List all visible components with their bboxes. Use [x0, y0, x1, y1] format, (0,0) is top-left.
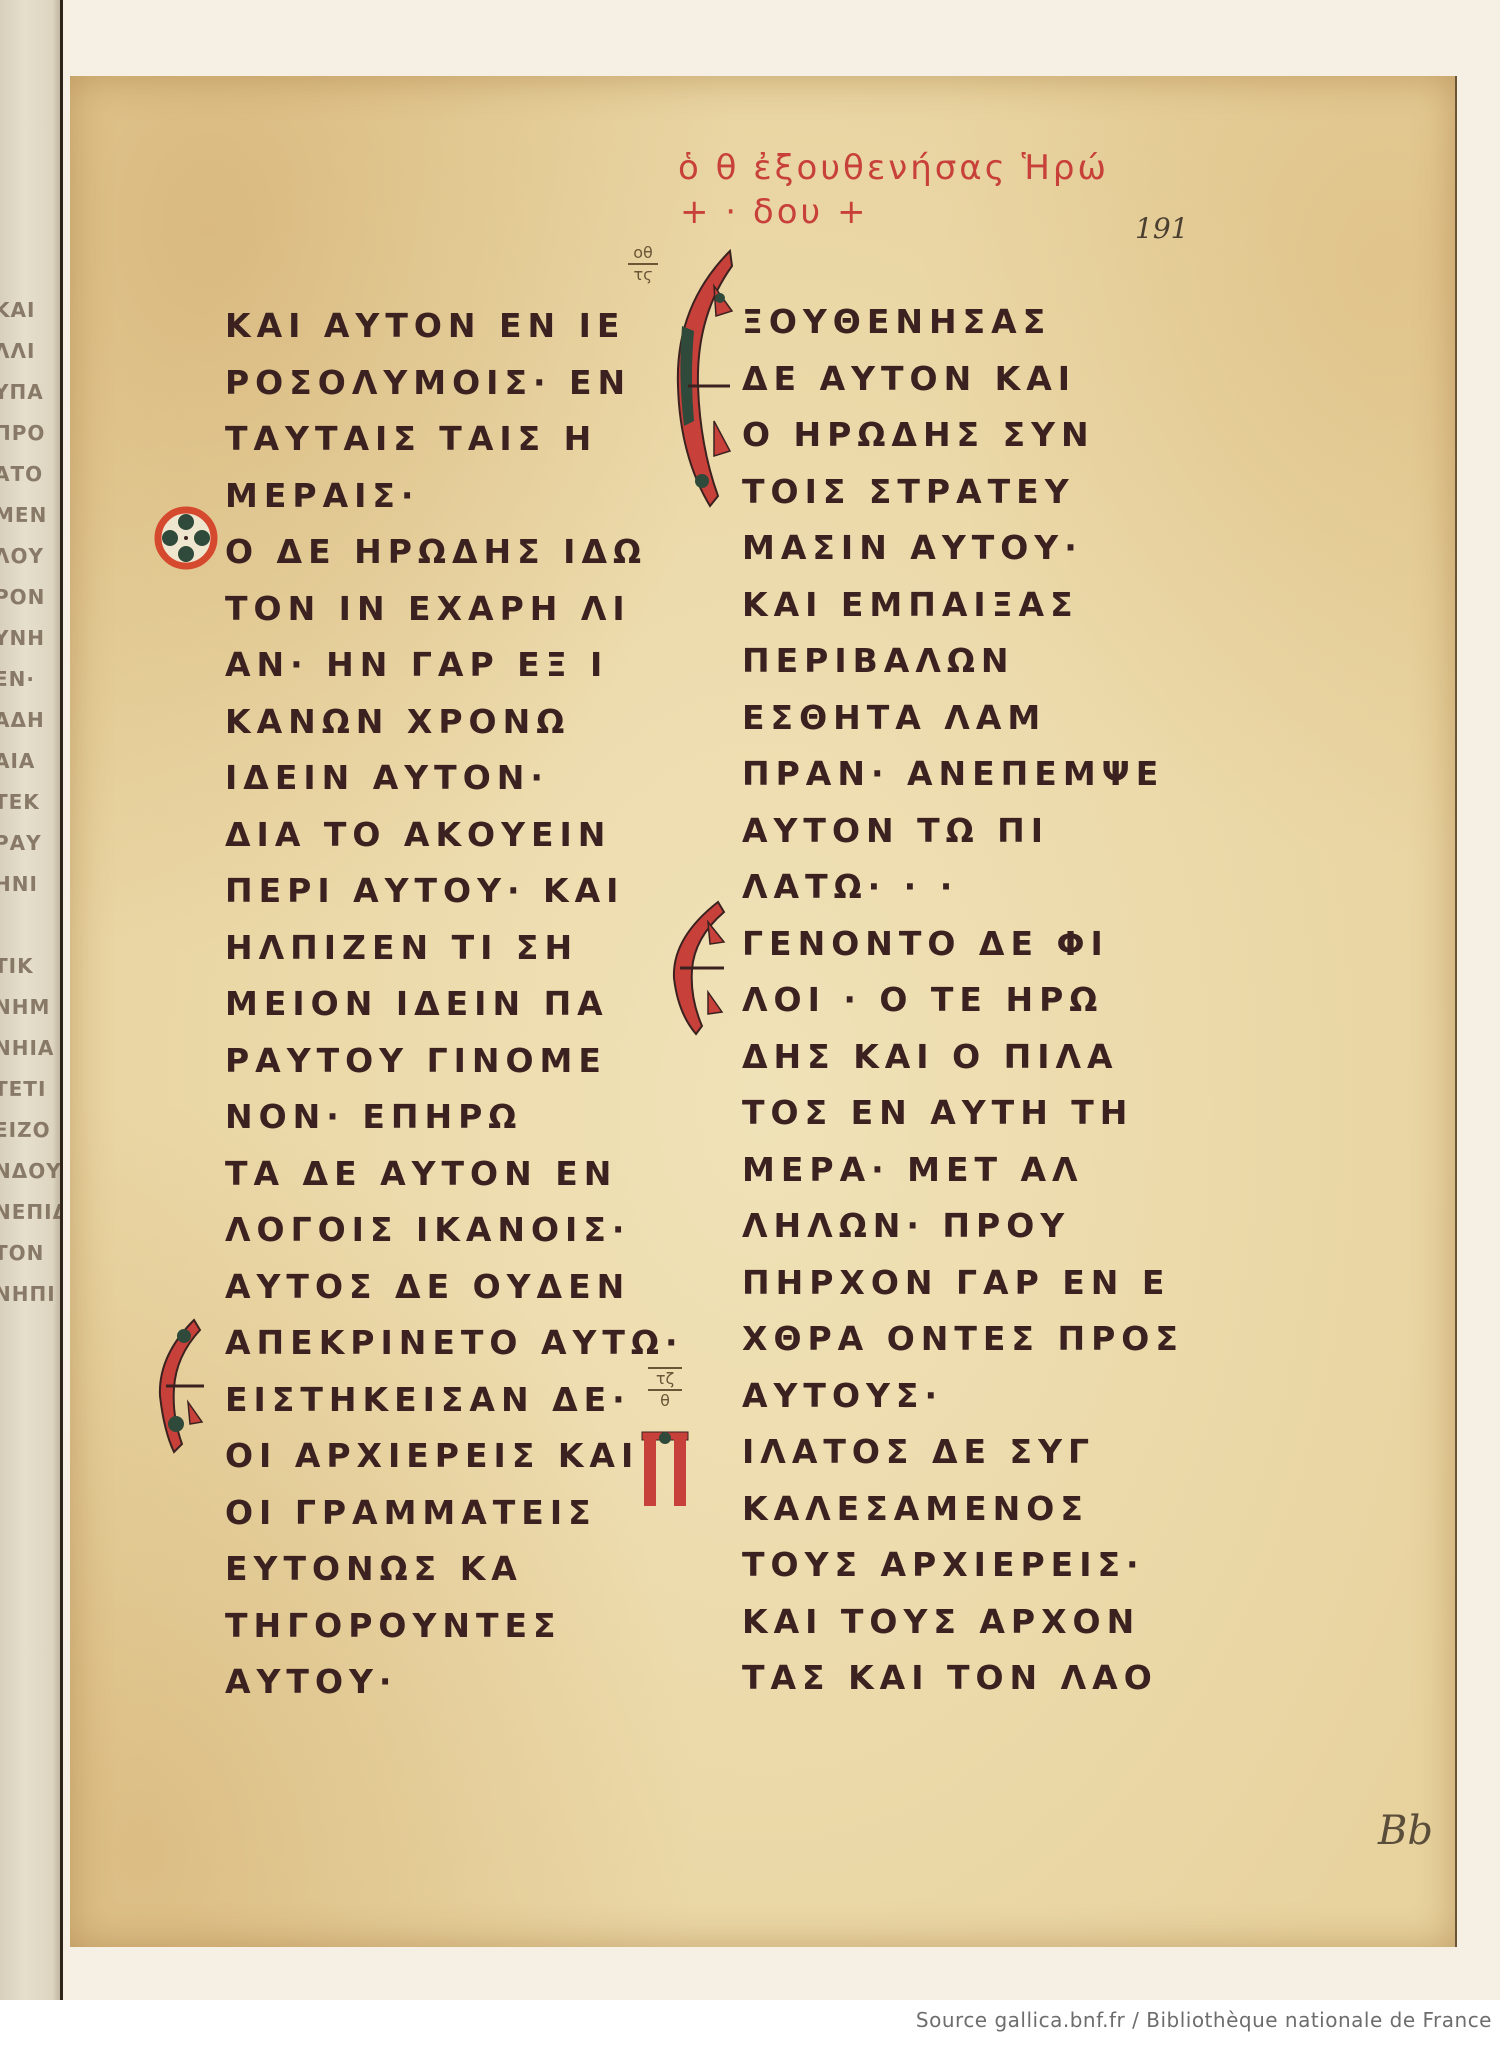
manuscript-line: ΕΙΣΤΗΚΕΙΣΑΝ ΔΕ·	[225, 1372, 683, 1429]
manuscript-line: ΛΟΓΟΙΣ ΙΚΑΝΟΙΣ·	[225, 1202, 683, 1259]
manuscript-line: ΛΑΤΩ· · ·	[742, 859, 1184, 916]
manuscript-line: ΚΑΝΩΝ ΧΡΟΝΩ	[225, 694, 683, 751]
facing-page-line: ΛΛΙ	[0, 331, 60, 372]
manuscript-line: ΚΑΙ ΑΥΤΟΝ ΕΝ ΙΕ	[225, 298, 683, 355]
facing-page-edge: ΚΑΙΛΛΙΥΠΑΠΡΟΑΤΟΜΕΝΛΟΥΡΟΝΥΝΗΕΝ·ΑΔΗΑΙΑΤΕΚΡ…	[0, 0, 62, 2000]
manuscript-line: ΑΥΤΟΥΣ·	[742, 1368, 1184, 1425]
facing-page-line: ΕΝ·	[0, 659, 60, 700]
right-text-column: ΞΟΥΘΕΝΗΣΑΣΔΕ ΑΥΤΟΝ ΚΑΙΟ ΗΡΩΔΗΣ ΣΥΝΤΟΙΣ Σ…	[742, 294, 1184, 1707]
manuscript-line: ΤΑΥΤΑΙΣ ΤΑΙΣ Η	[225, 411, 683, 468]
footer-bar: Source gallica.bnf.fr / Bibliothèque nat…	[0, 2000, 1500, 2046]
facing-page-line: ΠΡΟ	[0, 413, 60, 454]
facing-page-line: ΜΕΝ	[0, 495, 60, 536]
manuscript-line: ΕΥΤΟΝΩΣ ΚΑ	[225, 1541, 683, 1598]
manuscript-line: ΚΑΛΕΣΑΜΕΝΟΣ	[742, 1481, 1184, 1538]
manuscript-page: ὁ θ ἐξουθενήσας Ἡρώ + · δου + 191 οθ τϛ …	[70, 76, 1457, 1947]
manuscript-line: ΙΔΕΙΝ ΑΥΤΟΝ·	[225, 750, 683, 807]
manuscript-line: ΧΘΡΑ ΟΝΤΕΣ ΠΡΟΣ	[742, 1311, 1184, 1368]
manuscript-line: ΤΟΙΣ ΣΤΡΑΤΕΥ	[742, 464, 1184, 521]
manuscript-line: ΠΡΑΝ· ΑΝΕΠΕΜΨΕ	[742, 746, 1184, 803]
manuscript-line: ΛΗΛΩΝ· ΠΡΟΥ	[742, 1198, 1184, 1255]
manuscript-line: ΔΕ ΑΥΤΟΝ ΚΑΙ	[742, 351, 1184, 408]
facing-page-line: ΥΝΗ	[0, 618, 60, 659]
manuscript-line: ΠΕΡΙΒΑΛΩΝ	[742, 633, 1184, 690]
manuscript-line: ΞΟΥΘΕΝΗΣΑΣ	[742, 294, 1184, 351]
facing-page-text: ΚΑΙΛΛΙΥΠΑΠΡΟΑΤΟΜΕΝΛΟΥΡΟΝΥΝΗΕΝ·ΑΔΗΑΙΑΤΕΚΡ…	[0, 290, 60, 1315]
facing-page-line: ΤΕΚ	[0, 782, 60, 823]
manuscript-line: ΝΟΝ· ΕΠΗΡΩ	[225, 1089, 683, 1146]
manuscript-line: ΔΙΑ ΤΟ ΑΚΟΥΕΙΝ	[225, 807, 683, 864]
manuscript-line: ΕΣΘΗΤΑ ΛΑΜ	[742, 690, 1184, 747]
manuscript-line: ΤΟΝ ΙΝ ΕΧΑΡΗ ΛΙ	[225, 581, 683, 638]
manuscript-line: ΤΗΓΟΡΟΥΝΤΕΣ	[225, 1598, 683, 1655]
rubric-line-2: + · δου +	[680, 192, 868, 232]
manuscript-line: ΚΑΙ ΤΟΥΣ ΑΡΧΟΝ	[742, 1594, 1184, 1651]
facing-page-line: ΡΟΝ	[0, 577, 60, 618]
manuscript-line: ΑΠΕΚΡΙΝΕΤΟ ΑΥΤΩ·	[225, 1315, 683, 1372]
manuscript-line: ΗΛΠΙΖΕΝ ΤΙ ΣΗ	[225, 920, 683, 977]
manuscript-line: ΑΝ· ΗΝ ΓΑΡ ΕΞ Ι	[225, 637, 683, 694]
facing-page-line: ΝΔΟΥ	[0, 1151, 60, 1192]
shelfmark-annotation: Bb	[1378, 1808, 1433, 1854]
initial-epsilon-3-icon	[154, 1316, 214, 1456]
manuscript-line: ΑΥΤΟΝ ΤΩ ΠΙ	[742, 803, 1184, 860]
manuscript-line: ΡΑΥΤΟΥ ΓΙΝΟΜΕ	[225, 1033, 683, 1090]
facing-page-line: ΑΔΗ	[0, 700, 60, 741]
manuscript-line: ΤΟΥΣ ΑΡΧΙΕΡΕΙΣ·	[742, 1537, 1184, 1594]
manuscript-line: ΠΕΡΙ ΑΥΤΟΥ· ΚΑΙ	[225, 863, 683, 920]
manuscript-line: ΤΟΣ ΕΝ ΑΥΤΗ ΤΗ	[742, 1085, 1184, 1142]
facing-page-line: ΝΕΠΙΔ	[0, 1192, 60, 1233]
left-text-column: ΚΑΙ ΑΥΤΟΝ ΕΝ ΙΕΡΟΣΟΛΥΜΟΙΣ· ΕΝΤΑΥΤΑΙΣ ΤΑΙ…	[225, 298, 683, 1711]
manuscript-line: Ο ΔΕ ΗΡΩΔΗΣ ΙΔΩ	[225, 524, 683, 581]
manuscript-line: ΠΗΡΧΟΝ ΓΑΡ ΕΝ Ε	[742, 1255, 1184, 1312]
facing-page-line: ΤΟΝ	[0, 1233, 60, 1274]
source-credit: Source gallica.bnf.fr / Bibliothèque nat…	[916, 2008, 1492, 2032]
manuscript-line: ΜΑΣΙΝ ΑΥΤΟΥ·	[742, 520, 1184, 577]
manuscript-line: ΑΥΤΟΥ·	[225, 1654, 683, 1711]
facing-page-line: ΑΙΑ	[0, 741, 60, 782]
folio-number: 191	[1135, 212, 1188, 245]
facing-page-line: ΗΝΙ	[0, 864, 60, 905]
rubric-line-1: ὁ θ ἐξουθενήσας Ἡρώ	[678, 148, 1109, 188]
manuscript-line: ΤΑΣ ΚΑΙ ΤΟΝ ΛΑΟ	[742, 1650, 1184, 1707]
facing-page-line: ΕΙΖΟ	[0, 1110, 60, 1151]
facing-page-line: ΛΟΥ	[0, 536, 60, 577]
manuscript-line: ΜΕΙΟΝ ΙΔΕΙΝ ΠΑ	[225, 976, 683, 1033]
manuscript-line: ΟΙ ΑΡΧΙΕΡΕΙΣ ΚΑΙ	[225, 1428, 683, 1485]
manuscript-line: ΑΥΤΟΣ ΔΕ ΟΥΔΕΝ	[225, 1259, 683, 1316]
manuscript-line: ΛΟΙ · Ο ΤΕ ΗΡΩ	[742, 972, 1184, 1029]
facing-page-line: ΥΠΑ	[0, 372, 60, 413]
manuscript-line: ΟΙ ΓΡΑΜΜΑΤΕΙΣ	[225, 1485, 683, 1542]
facing-page-line: ΑΤΟ	[0, 454, 60, 495]
facing-page-line: ΤΕΤΙ	[0, 1069, 60, 1110]
facing-page-line: ΡΑΥ	[0, 823, 60, 864]
manuscript-line: ΙΛΑΤΟΣ ΔΕ ΣΥΓ	[742, 1424, 1184, 1481]
manuscript-line: ΤΑ ΔΕ ΑΥΤΟΝ ΕΝ	[225, 1146, 683, 1203]
manuscript-line: ΓΕΝΟΝΤΟ ΔΕ ΦΙ	[742, 916, 1184, 973]
facing-page-line: ΤΙΚ	[0, 946, 60, 987]
manuscript-line: ΔΗΣ ΚΑΙ Ο ΠΙΛΑ	[742, 1029, 1184, 1086]
facing-page-line: ΝΗΠΙ	[0, 1274, 60, 1315]
initial-omicron-icon	[154, 506, 218, 570]
manuscript-line: Ο ΗΡΩΔΗΣ ΣΥΝ	[742, 407, 1184, 464]
marginal-note-top-lower: τϛ	[633, 265, 652, 284]
marginal-note-top: οθ τϛ	[628, 244, 658, 284]
manuscript-line: ΜΕΡΑΙΣ·	[225, 468, 683, 525]
facing-page-line: ΚΑΙ	[0, 290, 60, 331]
manuscript-line: ΜΕΡΑ· ΜΕΤ ΑΛ	[742, 1142, 1184, 1199]
facing-page-line: ·	[0, 905, 60, 946]
facing-page-line: ΝΗΙΑ	[0, 1028, 60, 1069]
manuscript-line: ΡΟΣΟΛΥΜΟΙΣ· ΕΝ	[225, 355, 683, 412]
facing-page-line: ΝΗΜ	[0, 987, 60, 1028]
marginal-note-top-upper: οθ	[633, 243, 653, 262]
gutter-line	[60, 0, 63, 2000]
manuscript-line: ΚΑΙ ΕΜΠΑΙΞΑΣ	[742, 577, 1184, 634]
